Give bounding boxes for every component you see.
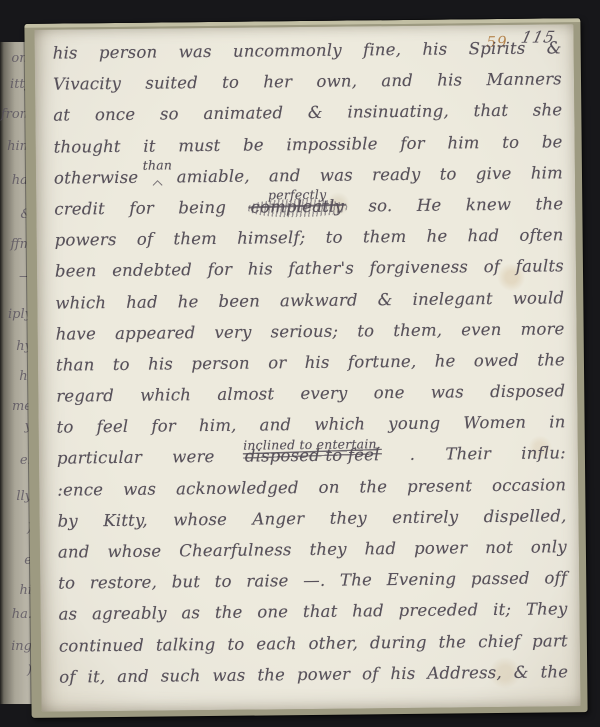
handwritten-word: talking: [156, 629, 216, 661]
interlinear-insertion: than: [143, 160, 173, 173]
handwritten-word: that: [303, 596, 338, 628]
handwritten-word: she: [533, 95, 563, 126]
handwritten-text-block: hispersonwasuncommonlyfine,hisSpirits&Vi…: [53, 32, 569, 692]
handwritten-word: which: [55, 287, 106, 319]
handwritten-word: Kitty,: [103, 504, 148, 536]
handwritten-word: had: [364, 533, 396, 565]
interlinear-insertion: perfectly: [268, 189, 326, 202]
handwritten-word: particular: [57, 442, 142, 474]
handwritten-word: for: [151, 411, 176, 442]
handwritten-word: it,: [87, 661, 105, 692]
handwritten-word: Women: [463, 407, 526, 439]
handwritten-word: would: [513, 282, 565, 314]
handwritten-word: once: [95, 99, 136, 131]
handwritten-word: them: [363, 221, 407, 253]
handwritten-word: Anger: [252, 503, 304, 535]
handwritten-word: them: [173, 223, 217, 255]
handwritten-word: almost: [217, 378, 274, 410]
handwritten-word: Spirits: [468, 33, 525, 65]
handwritten-word: suited: [145, 67, 198, 99]
handwritten-word: The: [340, 565, 372, 597]
handwritten-word: insinuating,: [347, 96, 449, 128]
handwritten-word: as: [58, 599, 77, 630]
handwritten-word: credit: [54, 193, 105, 225]
handwritten-word: have: [55, 318, 96, 350]
handwritten-word: otherwise: [54, 161, 139, 193]
handwritten-word: appeared: [115, 317, 196, 349]
handwritten-word: and: [381, 65, 413, 97]
handwritten-word: Chearfulness: [179, 534, 292, 566]
handwritten-word: be: [243, 129, 264, 160]
handwritten-word: being: [178, 192, 226, 224]
handwritten-word: but: [172, 566, 201, 597]
handwritten-word: owed: [474, 345, 520, 377]
handwritten-word: —.: [303, 565, 325, 596]
handwritten-word: the: [535, 188, 563, 219]
handwritten-word: his: [422, 34, 447, 65]
handwritten-word: his: [248, 254, 273, 285]
handwritten-word: he: [178, 286, 199, 317]
handwritten-word: of: [483, 251, 500, 282]
handwritten-word: his: [390, 658, 415, 689]
handwritten-word: they: [329, 502, 366, 534]
handwritten-word: part: [532, 625, 568, 657]
handwritten-word: or: [268, 347, 287, 378]
handwritten-word: at: [53, 100, 70, 131]
handwritten-word: Manners: [486, 63, 562, 95]
handwritten-word: such: [161, 660, 201, 692]
handwritten-word: each: [256, 628, 297, 660]
handwritten-word: .: [410, 439, 416, 470]
struck-through-text: disposed to feelinclined to entertain.: [245, 440, 380, 473]
handwritten-word: his: [305, 347, 330, 378]
handwritten-word: in: [549, 407, 566, 438]
handwritten-word: been: [218, 285, 260, 317]
handwritten-word: her: [263, 66, 292, 97]
handwritten-word: and: [117, 660, 149, 692]
caret-mark: [152, 180, 162, 190]
handwritten-word: young: [388, 408, 440, 440]
handwritten-word: preceded: [398, 595, 478, 627]
interlinear-insertion: inclined to entertain.: [243, 438, 381, 452]
handwritten-word: Evening: [386, 564, 456, 596]
handwritten-word: during: [370, 626, 427, 658]
handwritten-word: were: [172, 441, 215, 473]
handwritten-word: had: [126, 286, 158, 318]
handwritten-word: had: [467, 220, 499, 252]
handwritten-word: only: [531, 531, 567, 563]
handwritten-word: powers: [54, 224, 116, 256]
handwritten-word: fortune,: [348, 346, 417, 378]
handwritten-word: to: [357, 315, 374, 346]
handwritten-word: fine,: [363, 34, 401, 66]
handwritten-word: give: [476, 158, 512, 190]
handwritten-word: impossible: [286, 128, 378, 160]
handwritten-word: of: [137, 224, 154, 255]
handwritten-word: often: [519, 219, 563, 251]
handwritten-word: he: [426, 221, 447, 252]
handwritten-word: ready: [372, 159, 421, 191]
handwritten-word: disposed: [490, 375, 566, 407]
handwritten-word: was: [431, 376, 464, 408]
handwritten-word: awkward: [280, 284, 358, 316]
handwritten-word: they: [309, 534, 346, 566]
handwritten-word: agreably: [92, 598, 167, 630]
scribbled-word: compleatlyperfectly: [250, 191, 344, 223]
handwritten-word: He: [417, 190, 442, 221]
handwritten-word: whose: [107, 536, 161, 568]
handwritten-word: to: [56, 412, 73, 443]
handwritten-word: person: [191, 347, 250, 379]
handwritten-word: the: [540, 656, 568, 687]
handwritten-word: his: [148, 348, 173, 379]
handwritten-word: more: [520, 313, 564, 345]
manuscript-page: 59 115 hispersonwasuncommonlyfine,hisSpi…: [34, 24, 580, 712]
handwritten-word: which: [140, 379, 191, 411]
handwritten-word: uncommonly: [233, 35, 342, 67]
handwritten-word: continued: [59, 629, 144, 661]
handwritten-word: to: [215, 566, 232, 597]
handwritten-word: not: [485, 532, 513, 563]
handwritten-word: as: [181, 597, 200, 628]
handwritten-word: him: [447, 127, 479, 159]
handwritten-word: was: [212, 659, 245, 691]
manuscript-photo: on:ittyfromhimhai&ffm—iplyhyh:meye:lly)e…: [0, 0, 600, 727]
handwritten-word: for: [400, 127, 425, 158]
handwritten-word: &: [547, 32, 562, 63]
handwritten-word: it: [143, 130, 156, 161]
handwritten-word: so: [160, 99, 179, 130]
handwritten-word: father's: [288, 253, 354, 285]
handwritten-word: own,: [316, 66, 357, 98]
handwritten-word: to: [439, 158, 456, 189]
handwritten-word: the: [438, 626, 466, 657]
handwritten-word: even: [461, 314, 502, 346]
book-block: 59 115 hispersonwasuncommonlyfine,hisSpi…: [24, 18, 587, 718]
handwritten-word: them,: [393, 314, 442, 346]
handwritten-word: &: [378, 284, 393, 315]
handwritten-word: endebted: [112, 255, 192, 287]
handwritten-word: his: [53, 37, 78, 68]
handwritten-word: regard: [56, 380, 114, 412]
edge-fragment: ing: [11, 640, 32, 653]
handwritten-word: been: [55, 256, 97, 288]
handwritten-word: his: [437, 65, 462, 96]
handwritten-word: restore,: [90, 567, 158, 599]
handwritten-word: the: [537, 344, 565, 375]
handwritten-word: other,: [308, 627, 358, 659]
handwritten-word: &: [308, 97, 323, 128]
handwritten-word: of: [362, 658, 379, 689]
handwritten-word: by: [57, 505, 78, 536]
handwritten-word: had: [352, 596, 384, 628]
handwritten-word: to: [502, 126, 519, 157]
handwritten-word: dispelled,: [484, 500, 567, 532]
handwritten-word: &: [514, 656, 529, 687]
handwritten-word: on: [318, 471, 339, 502]
handwritten-word: every: [300, 378, 347, 410]
handwritten-word: influ:: [521, 438, 566, 470]
handwritten-word: Their: [445, 439, 491, 471]
handwritten-word: power: [414, 532, 468, 564]
handwritten-word: was: [320, 159, 353, 191]
handwritten-word: :ence: [57, 474, 103, 506]
handwritten-word: must: [178, 129, 220, 161]
handwritten-word: so.: [368, 190, 392, 221]
handwritten-word: to: [58, 568, 75, 599]
handwritten-word: be: [542, 126, 563, 157]
handwritten-word: thought: [54, 130, 121, 162]
handwritten-word: for: [207, 254, 232, 285]
handwritten-word: one: [374, 377, 405, 409]
handwritten-word: serious;: [270, 315, 338, 347]
handwritten-word: occasion: [492, 469, 566, 501]
handwritten-word: inelegant: [412, 283, 492, 315]
handwritten-word: amiable,: [177, 160, 250, 192]
handwritten-word: power: [297, 658, 351, 690]
handwritten-word: that: [473, 95, 508, 127]
handwritten-word: to: [113, 349, 130, 380]
handwritten-word: and: [58, 536, 90, 568]
handwritten-word: feel: [96, 411, 128, 443]
handwritten-word: Vivacity: [53, 68, 121, 100]
handwritten-word: animated: [203, 98, 283, 130]
handwritten-word: the: [257, 659, 285, 690]
handwritten-word: he: [435, 345, 456, 376]
handwritten-word: of: [59, 661, 76, 692]
handwritten-word: forgiveness: [369, 252, 468, 284]
handwritten-word: one: [257, 597, 288, 629]
handwritten-word: They: [526, 594, 568, 626]
handwritten-word: faults: [516, 251, 564, 283]
edge-fragment: ha.: [12, 608, 32, 621]
handwritten-word: him: [531, 157, 563, 189]
handwritten-word: it;: [493, 594, 511, 625]
handwritten-word: to: [222, 67, 239, 98]
handwritten-word: raise: [246, 565, 289, 597]
handwritten-word: to: [326, 222, 343, 253]
handwritten-word: than: [56, 349, 95, 381]
handwritten-word: entirely: [392, 501, 458, 533]
handwritten-word: person: [99, 37, 158, 69]
handwritten-word: him,: [199, 410, 237, 442]
handwritten-word: was: [123, 473, 156, 505]
handwritten-word: Address,: [427, 657, 502, 689]
handwritten-word: to: [227, 628, 244, 659]
handwritten-word: was: [178, 36, 211, 68]
handwritten-word: passed: [471, 563, 530, 595]
manuscript-line: ofit,andsuchwasthepowerofhisAddress,&the: [59, 656, 568, 693]
handwritten-word: the: [215, 597, 243, 628]
handwritten-word: himself;: [237, 222, 306, 254]
handwritten-word: very: [214, 316, 251, 348]
handwritten-word: present: [407, 470, 472, 502]
handwritten-word: the: [359, 471, 387, 502]
handwritten-word: chief: [478, 625, 520, 657]
handwritten-word: off: [544, 562, 567, 593]
handwritten-word: for: [129, 193, 154, 224]
handwritten-word: whose: [173, 504, 227, 536]
handwritten-word: knew: [466, 189, 512, 221]
handwritten-word: acknowledged: [176, 472, 299, 504]
